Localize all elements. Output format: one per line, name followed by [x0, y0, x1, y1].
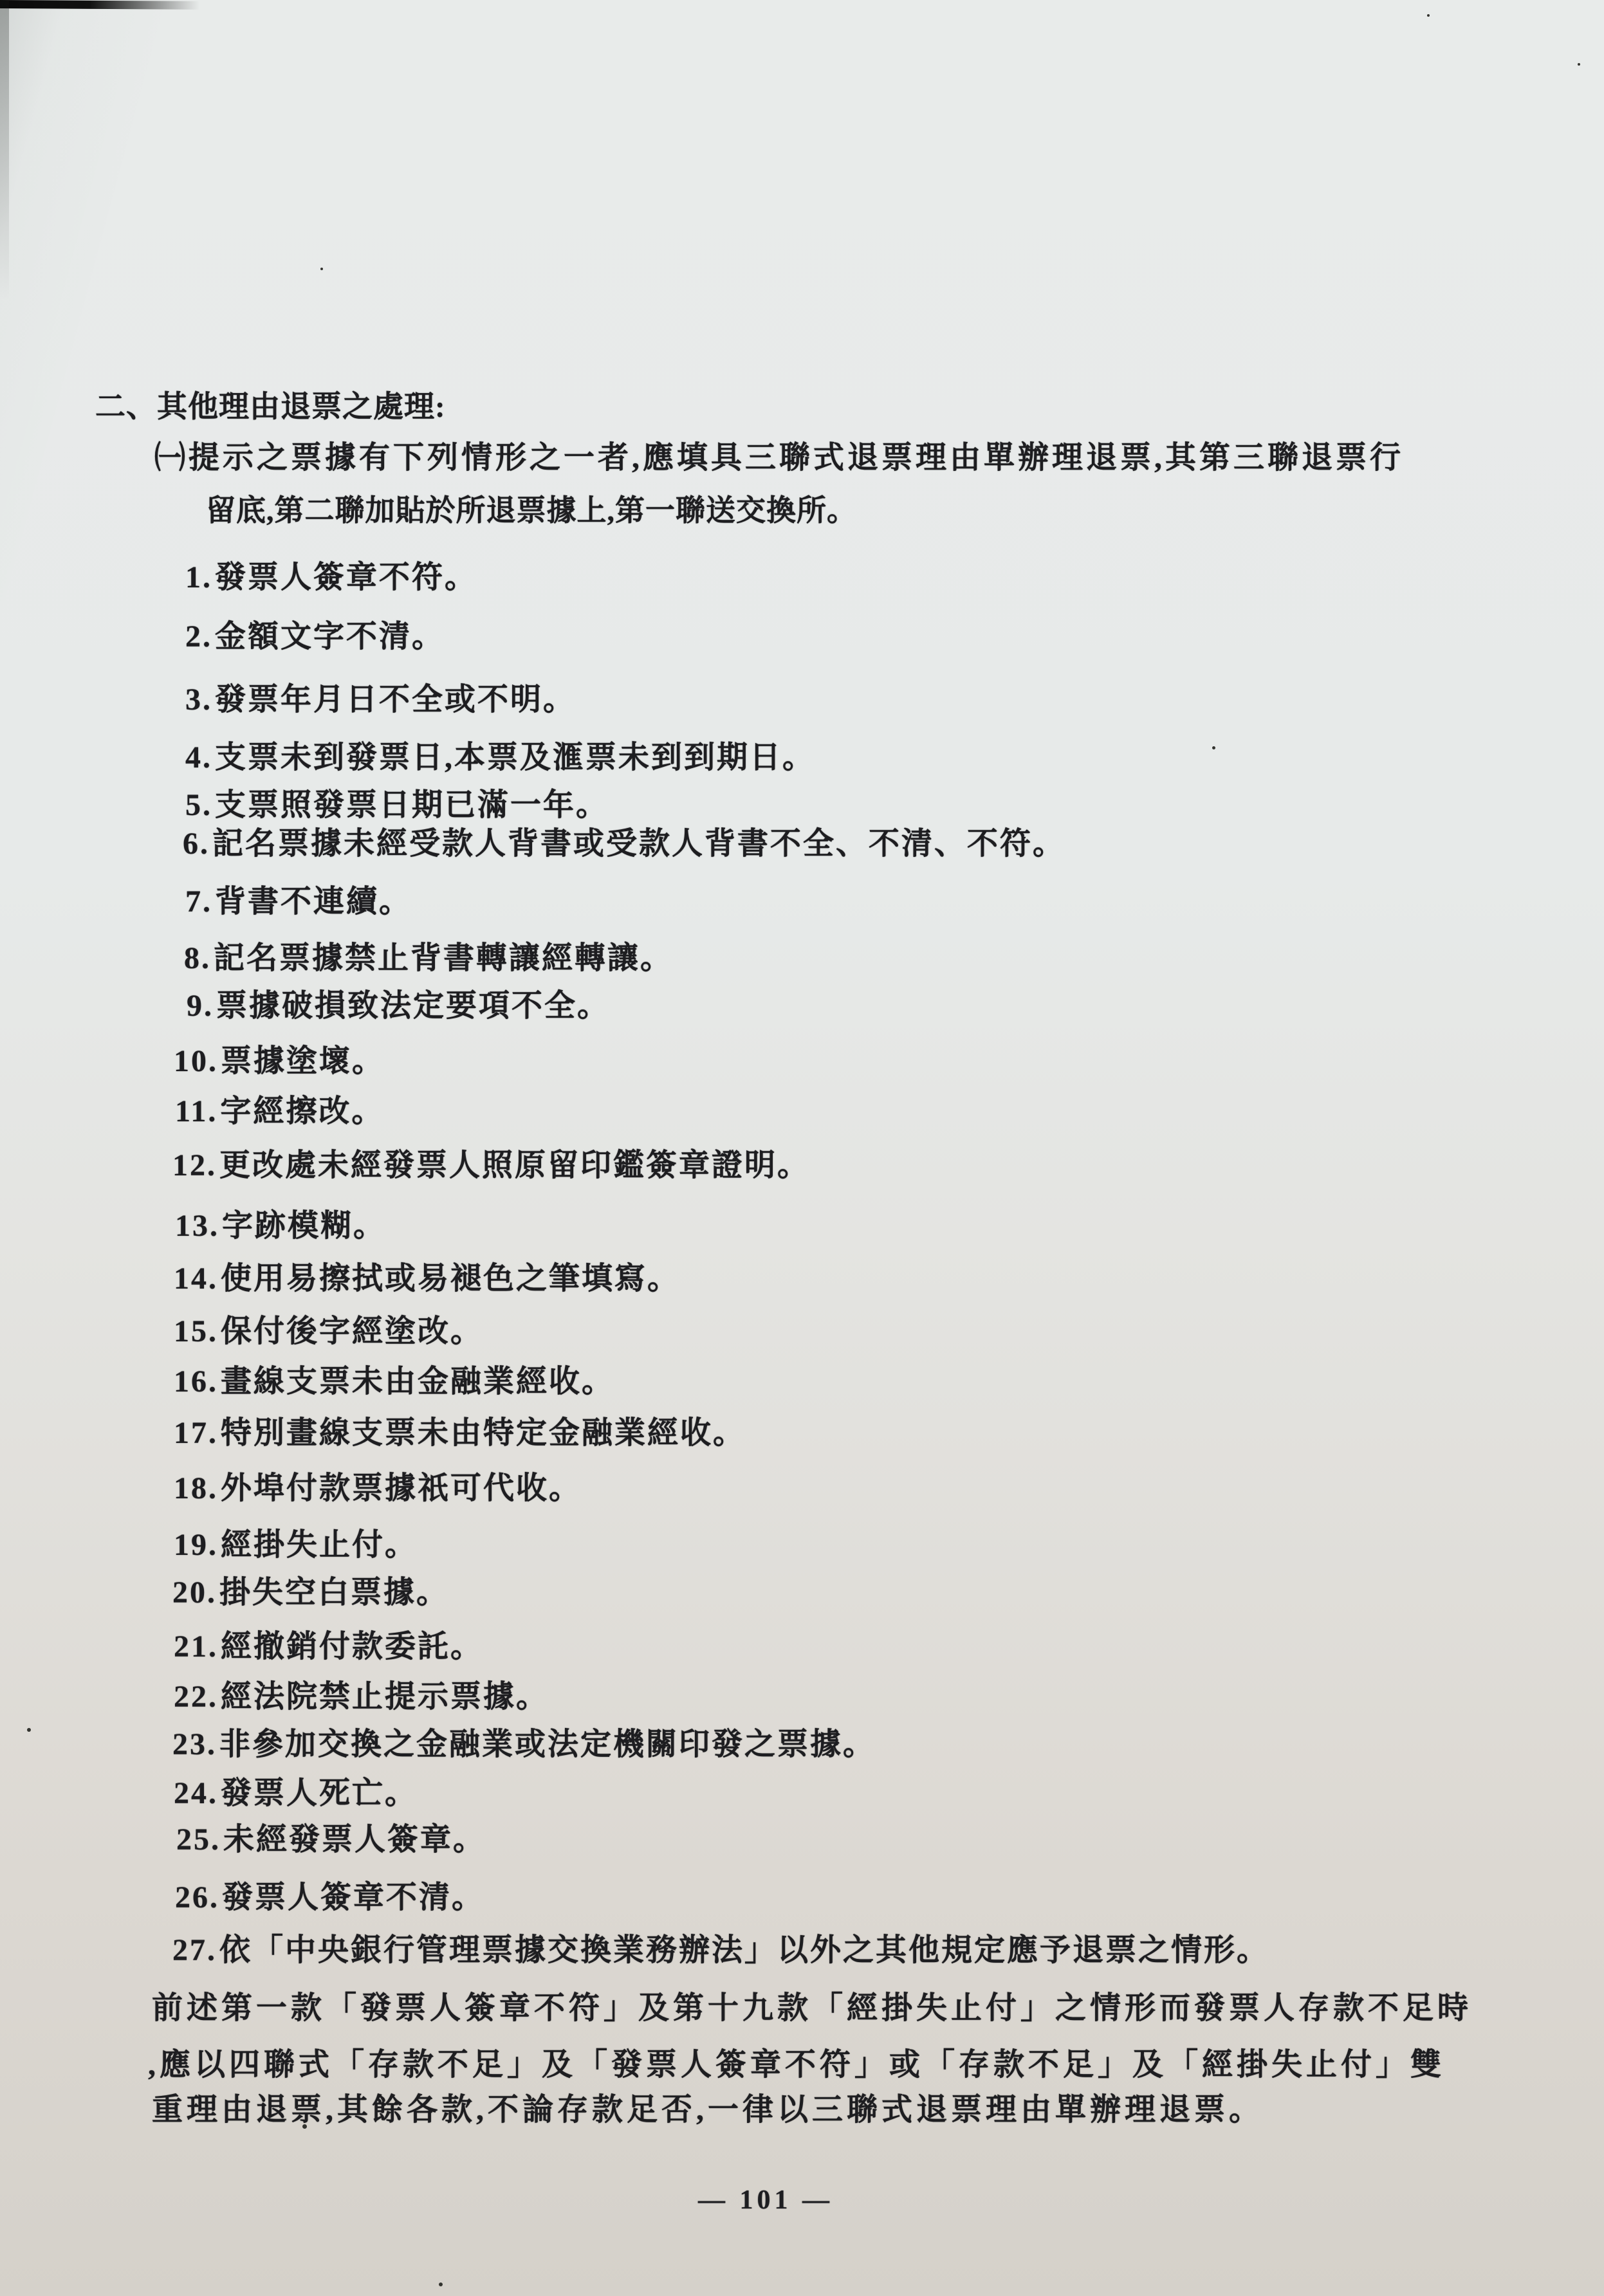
- list-item-9: 9.票據破損致法定要項不全。: [187, 980, 610, 1025]
- list-item-13: 13.字跡模糊。: [175, 1200, 386, 1245]
- item-text: 未經發票人簽章。: [223, 1823, 486, 1857]
- item-text: 票據塗壞。: [221, 1044, 385, 1078]
- list-item-7: 7.背書不連續。: [185, 876, 412, 921]
- item-text: 票據破損致法定要項不全。: [216, 989, 610, 1023]
- list-item-12: 12.更改處未經發票人照原留印鑑簽章證明。: [172, 1140, 810, 1184]
- item-number: 22.: [174, 1679, 218, 1714]
- dust-speck: [1427, 14, 1430, 17]
- list-item-23: 23.非參加交換之金融業或法定機關印發之票據。: [172, 1719, 876, 1763]
- item-number: 25.: [176, 1822, 221, 1857]
- item-number: 6.: [183, 826, 210, 861]
- item-text: 更改處未經發票人照原留印鑑簽章證明。: [219, 1148, 810, 1182]
- item-text: 保付後字經塗改。: [221, 1314, 483, 1348]
- section-heading: 二、其他理由退票之處理:: [95, 383, 446, 426]
- dust-speck: [1578, 63, 1580, 66]
- list-item-10: 10.票據塗壞。: [174, 1036, 385, 1080]
- item-text: 發票人死亡。: [221, 1776, 418, 1810]
- list-item-21: 21.經撤銷付款委託。: [174, 1621, 483, 1666]
- list-item-16: 16.畫線支票未由金融業經收。: [174, 1356, 614, 1401]
- item-text: 記名票據禁止背書轉讓經轉讓。: [214, 941, 673, 975]
- item-number: 3.: [185, 682, 212, 717]
- dust-speck: [439, 2282, 443, 2286]
- item-text: 經掛失止付。: [221, 1528, 418, 1562]
- intro-line-2: 留底,第二聯加貼於所退票據上,第一聯送交換所。: [206, 487, 857, 529]
- item-text: 使用易擦拭或易褪色之筆填寫。: [221, 1262, 680, 1296]
- list-item-8: 8.記名票據禁止背書轉讓經轉讓。: [184, 933, 673, 977]
- scanned-document-page: 二、其他理由退票之處理: ㈠提示之票據有下列情形之一者,應填具三聯式退票理由單辦…: [0, 0, 1604, 2296]
- item-text: 支票未到發票日,本票及滙票未到到期日。: [215, 740, 815, 775]
- item-text: 掛失空白票據。: [219, 1575, 449, 1610]
- list-item-17: 17.特別畫線支票未由特定金融業經收。: [174, 1408, 746, 1452]
- list-item-19: 19.經掛失止付。: [174, 1520, 418, 1564]
- item-number: 21.: [174, 1629, 218, 1664]
- item-text: 金額文字不清。: [215, 620, 445, 654]
- list-item-3: 3.發票年月日不全或不明。: [185, 674, 576, 719]
- item-number: 12.: [172, 1148, 217, 1183]
- list-item-18: 18.外埠付款票據祇可代收。: [174, 1463, 582, 1507]
- closing-line-3: 重理由退票,其餘各款,不論存款足否,一律以三聯式退票理由單辦理退票。: [152, 2084, 1264, 2129]
- list-item-27: 27.依「中央銀行管理票據交換業務辦法」以外之其他規定應予退票之情形。: [172, 1925, 1269, 1969]
- list-item-4: 4.支票未到發票日,本票及滙票未到到期日。: [185, 732, 815, 776]
- dust-speck: [1212, 746, 1215, 749]
- item-text: 畫線支票未由金融業經收。: [221, 1364, 614, 1399]
- item-text: 支票照發票日期已滿一年。: [215, 788, 609, 822]
- item-text: 發票年月日不全或不明。: [215, 683, 576, 717]
- item-number: 14.: [174, 1261, 218, 1296]
- list-item-11: 11.字經擦改。: [175, 1086, 384, 1130]
- item-number: 10.: [174, 1043, 218, 1079]
- item-text: 特別畫線支票未由特定金融業經收。: [221, 1416, 746, 1450]
- list-item-14: 14.使用易擦拭或易褪色之筆填寫。: [174, 1253, 680, 1298]
- item-number: 17.: [174, 1415, 218, 1451]
- item-number: 27.: [172, 1933, 217, 1968]
- item-number: 1.: [185, 560, 212, 595]
- dust-speck: [320, 268, 323, 270]
- item-number: 18.: [174, 1471, 218, 1506]
- item-text: 經撤銷付款委託。: [221, 1630, 483, 1664]
- page-number: — 101 —: [0, 2185, 1531, 2216]
- dust-speck: [27, 1728, 31, 1732]
- item-text: 記名票據未經受款人背書或受款人背書不全、不清、不符。: [212, 827, 1065, 861]
- list-item-26: 26.發票人簽章不清。: [175, 1872, 484, 1916]
- item-number: 23.: [172, 1727, 217, 1762]
- item-number: 5.: [185, 787, 212, 823]
- list-item-25: 25.未經發票人簽章。: [176, 1814, 486, 1859]
- closing-line-2: ,應以四聯式「存款不足」及「發票人簽章不符」或「存款不足」及「經掛失止付」雙: [148, 2039, 1445, 2084]
- list-item-6: 6.記名票據未經受款人背書或受款人背書不全、不清、不符。: [183, 818, 1065, 863]
- item-number: 16.: [174, 1364, 218, 1399]
- closing-line-1: 前述第一款「發票人簽章不符」及第十九款「經掛失止付」之情形而發票人存款不足時: [152, 1983, 1472, 2027]
- item-number: 4.: [185, 740, 212, 775]
- list-item-22: 22.經法院禁止提示票據。: [174, 1671, 549, 1716]
- list-item-1: 1.發票人簽章不符。: [185, 552, 477, 596]
- item-text: 字經擦改。: [220, 1094, 384, 1128]
- item-text: 外埠付款票據祇可代收。: [221, 1471, 582, 1505]
- list-item-24: 24.發票人死亡。: [174, 1768, 418, 1812]
- item-number: 11.: [175, 1094, 217, 1129]
- item-text: 依「中央銀行管理票據交換業務辦法」以外之其他規定應予退票之情形。: [219, 1933, 1269, 1967]
- item-text: 經法院禁止提示票據。: [221, 1680, 549, 1714]
- item-text: 背書不連續。: [215, 885, 412, 919]
- list-item-15: 15.保付後字經塗改。: [174, 1306, 483, 1350]
- intro-line-1: ㈠提示之票據有下列情形之一者,應填具三聯式退票理由單辦理退票,其第三聯退票行: [154, 432, 1404, 477]
- item-number: 19.: [174, 1527, 218, 1563]
- scan-top-edge-artifact: [0, 0, 199, 10]
- item-number: 15.: [174, 1314, 218, 1349]
- scan-left-edge-shadow: [0, 0, 9, 335]
- item-number: 26.: [175, 1880, 219, 1915]
- item-number: 24.: [174, 1776, 218, 1811]
- item-number: 2.: [185, 619, 212, 654]
- list-item-5: 5.支票照發票日期已滿一年。: [185, 780, 609, 824]
- list-item-20: 20.掛失空白票據。: [172, 1567, 449, 1612]
- item-number: 9.: [187, 988, 214, 1024]
- item-text: 字跡模糊。: [222, 1209, 386, 1243]
- item-text: 發票人簽章不符。: [215, 560, 477, 594]
- list-item-2: 2.金額文字不清。: [185, 611, 445, 656]
- item-text: 非參加交換之金融業或法定機關印發之票據。: [219, 1727, 876, 1761]
- item-text: 發票人簽章不清。: [222, 1880, 484, 1915]
- item-number: 7.: [185, 884, 212, 919]
- item-number: 20.: [172, 1575, 217, 1610]
- item-number: 13.: [175, 1208, 219, 1244]
- dust-speck: [302, 2124, 307, 2129]
- item-number: 8.: [184, 941, 211, 976]
